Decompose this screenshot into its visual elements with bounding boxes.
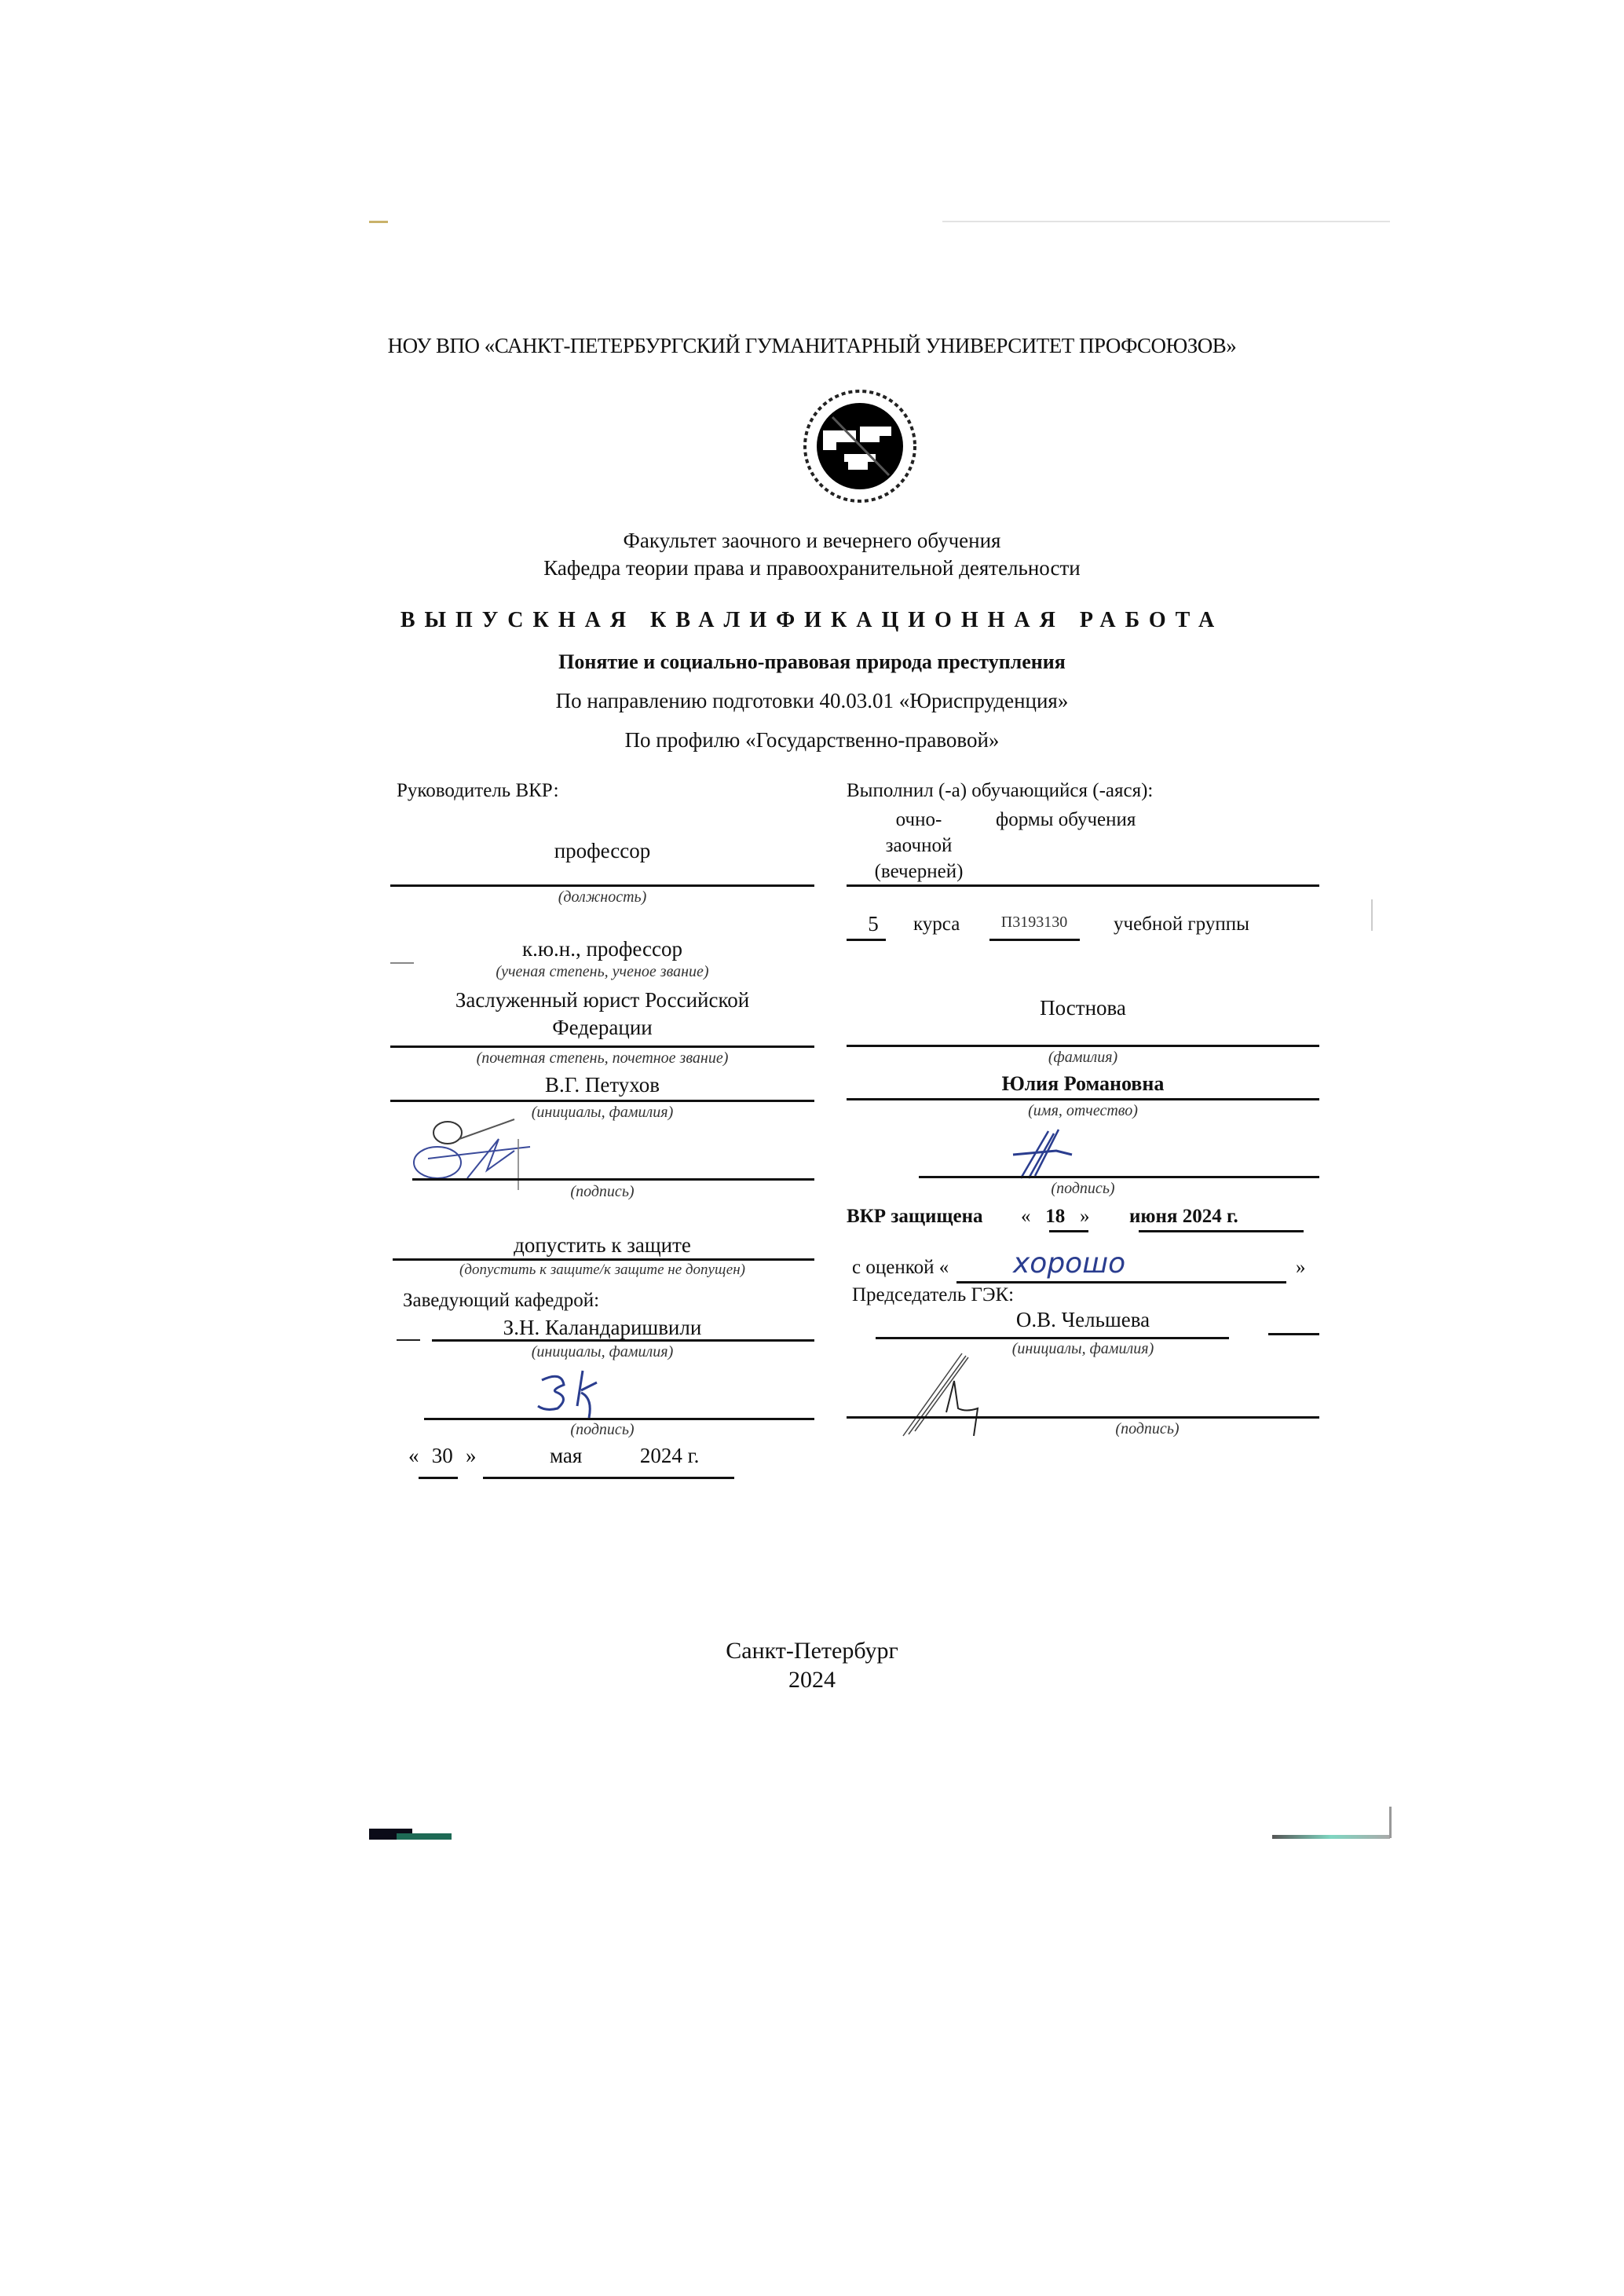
faculty-name: Факультет заочного и вечернего обучения (0, 529, 1624, 553)
admission-date: « 30 » мая 2024 г. (408, 1444, 699, 1468)
admission-date-year: 2024 г. (640, 1444, 700, 1467)
institution-name: НОУ ВПО «САНКТ-ПЕТЕРБУРГСКИЙ ГУМАНИТАРНЫ… (0, 334, 1624, 358)
student-given-names: Юлия Романовна (847, 1072, 1319, 1096)
defense-label: ВКР защищена (847, 1206, 983, 1227)
emblem-icon (801, 387, 919, 505)
supervisor-name-line (390, 1100, 814, 1102)
gec-chair-label: Председатель ГЭК: (852, 1284, 1014, 1306)
study-form-line2: заочной (864, 835, 974, 857)
grade-line (956, 1281, 1286, 1283)
student-signature-caption: (подпись) (847, 1180, 1319, 1198)
course-number: 5 (858, 912, 889, 936)
supervisor-signature (412, 1115, 554, 1194)
study-form-line1: очно- (864, 809, 974, 831)
supervisor-heading: Руководитель ВКР: (397, 780, 559, 802)
university-emblem (801, 387, 919, 505)
defense-day-line (1049, 1230, 1088, 1232)
supervisor-degree-caption: (ученая степень, ученое звание) (390, 963, 814, 981)
supervisor-honorary-caption: (почетная степень, почетное звание) (390, 1049, 814, 1067)
supervisor-position-caption: (должность) (390, 888, 814, 906)
grade-close: » (1296, 1257, 1306, 1279)
head-of-department-label: Заведующий кафедрой: (403, 1290, 599, 1312)
scan-artifact-bottom-left-2 (397, 1833, 452, 1840)
head-signature-caption: (подпись) (390, 1421, 814, 1439)
student-signature-line (919, 1176, 1319, 1178)
study-form-line (847, 884, 1319, 887)
defense-date-open: « (1021, 1206, 1031, 1227)
admission-decision-caption: (допустить к защите/к защите не допущен) (390, 1262, 814, 1279)
scan-artifact-top-right (942, 221, 1390, 222)
grade-label: с оценкой « (852, 1257, 949, 1279)
defense-month-line (1139, 1230, 1304, 1232)
scan-artifact-bottom-right (1272, 1835, 1390, 1839)
admission-date-open: « (408, 1444, 419, 1467)
group-code: П3193130 (991, 914, 1077, 932)
study-form-line3: (вечерней) (864, 861, 974, 883)
course-line (847, 939, 886, 941)
student-surname-line (847, 1045, 1319, 1047)
gec-chair-name-line (876, 1337, 1229, 1339)
group-line (989, 939, 1080, 941)
footer-city: Санкт-Петербург (0, 1638, 1624, 1664)
student-surname: Постнова (847, 996, 1319, 1020)
defense-date-close: » (1080, 1206, 1090, 1227)
gec-chair-name-line-right (1268, 1333, 1319, 1335)
admission-date-day: 30 (424, 1444, 460, 1468)
gec-chair-signature-caption: (подпись) (911, 1420, 1384, 1438)
defense-date-year: 2024 г. (1183, 1206, 1238, 1227)
gec-chair-name: О.В. Чельшева (847, 1308, 1319, 1332)
student-signature (1013, 1127, 1084, 1182)
course-label: курса (913, 914, 960, 936)
head-of-department-name: З.Н. Каландаришвили (390, 1316, 814, 1340)
head-name-caption: (инициалы, фамилия) (390, 1343, 814, 1361)
supervisor-signature-caption: (подпись) (390, 1183, 814, 1201)
group-label: учебной группы (1114, 914, 1249, 936)
supervisor-honorary-line (390, 1045, 814, 1048)
footer-year: 2024 (0, 1667, 1624, 1694)
study-form-suffix: формы обучения (996, 809, 1136, 831)
work-topic: Понятие и социально-правовая природа пре… (0, 650, 1624, 674)
head-signature-line (424, 1418, 814, 1420)
student-surname-caption: (фамилия) (847, 1049, 1319, 1067)
admission-decision: допустить к защите (390, 1233, 814, 1258)
defense-date-row: ВКР защищена « 18 » июня 2024 г. (847, 1206, 1238, 1228)
defense-date-month: июня (1129, 1206, 1177, 1227)
admission-date-month: мая (550, 1444, 582, 1467)
document-type-title: ВЫПУСКНАЯ КВАЛИФИКАЦИОННАЯ РАБОТА (0, 608, 1624, 633)
admission-decision-line (393, 1258, 814, 1261)
student-given-names-line (847, 1098, 1319, 1100)
study-profile: По профилю «Государственно-правовой» (0, 728, 1624, 753)
scan-artifact-top-left (369, 221, 388, 223)
defense-date-day: 18 (1036, 1206, 1075, 1228)
grade-value: хорошо (1013, 1247, 1125, 1280)
admission-month-line (483, 1477, 734, 1479)
supervisor-honorary-line1: Заслуженный юрист Российской (390, 988, 814, 1013)
admission-day-line (419, 1477, 458, 1479)
supervisor-position: профессор (390, 839, 814, 863)
supervisor-degree: к.ю.н., профессор (390, 937, 814, 961)
gec-chair-signature-line (847, 1416, 1319, 1419)
study-direction: По направлению подготовки 40.03.01 «Юрис… (0, 689, 1624, 713)
head-name-line (432, 1339, 814, 1342)
supervisor-honorary-line2: Федерации (390, 1016, 814, 1040)
student-heading: Выполнил (-а) обучающийся (-аяся): (847, 780, 1153, 802)
supervisor-name: В.Г. Петухов (390, 1073, 814, 1097)
admission-date-close: » (466, 1444, 477, 1467)
supervisor-signature-line (412, 1178, 814, 1181)
department-name: Кафедра теории права и правоохранительно… (0, 556, 1624, 580)
scan-artifact-right-edge (1389, 1807, 1392, 1838)
student-given-names-caption: (имя, отчество) (847, 1102, 1319, 1120)
scan-artifact-right-ticks (1371, 899, 1373, 931)
supervisor-position-line (390, 884, 814, 887)
head-name-line-stub (397, 1339, 420, 1341)
